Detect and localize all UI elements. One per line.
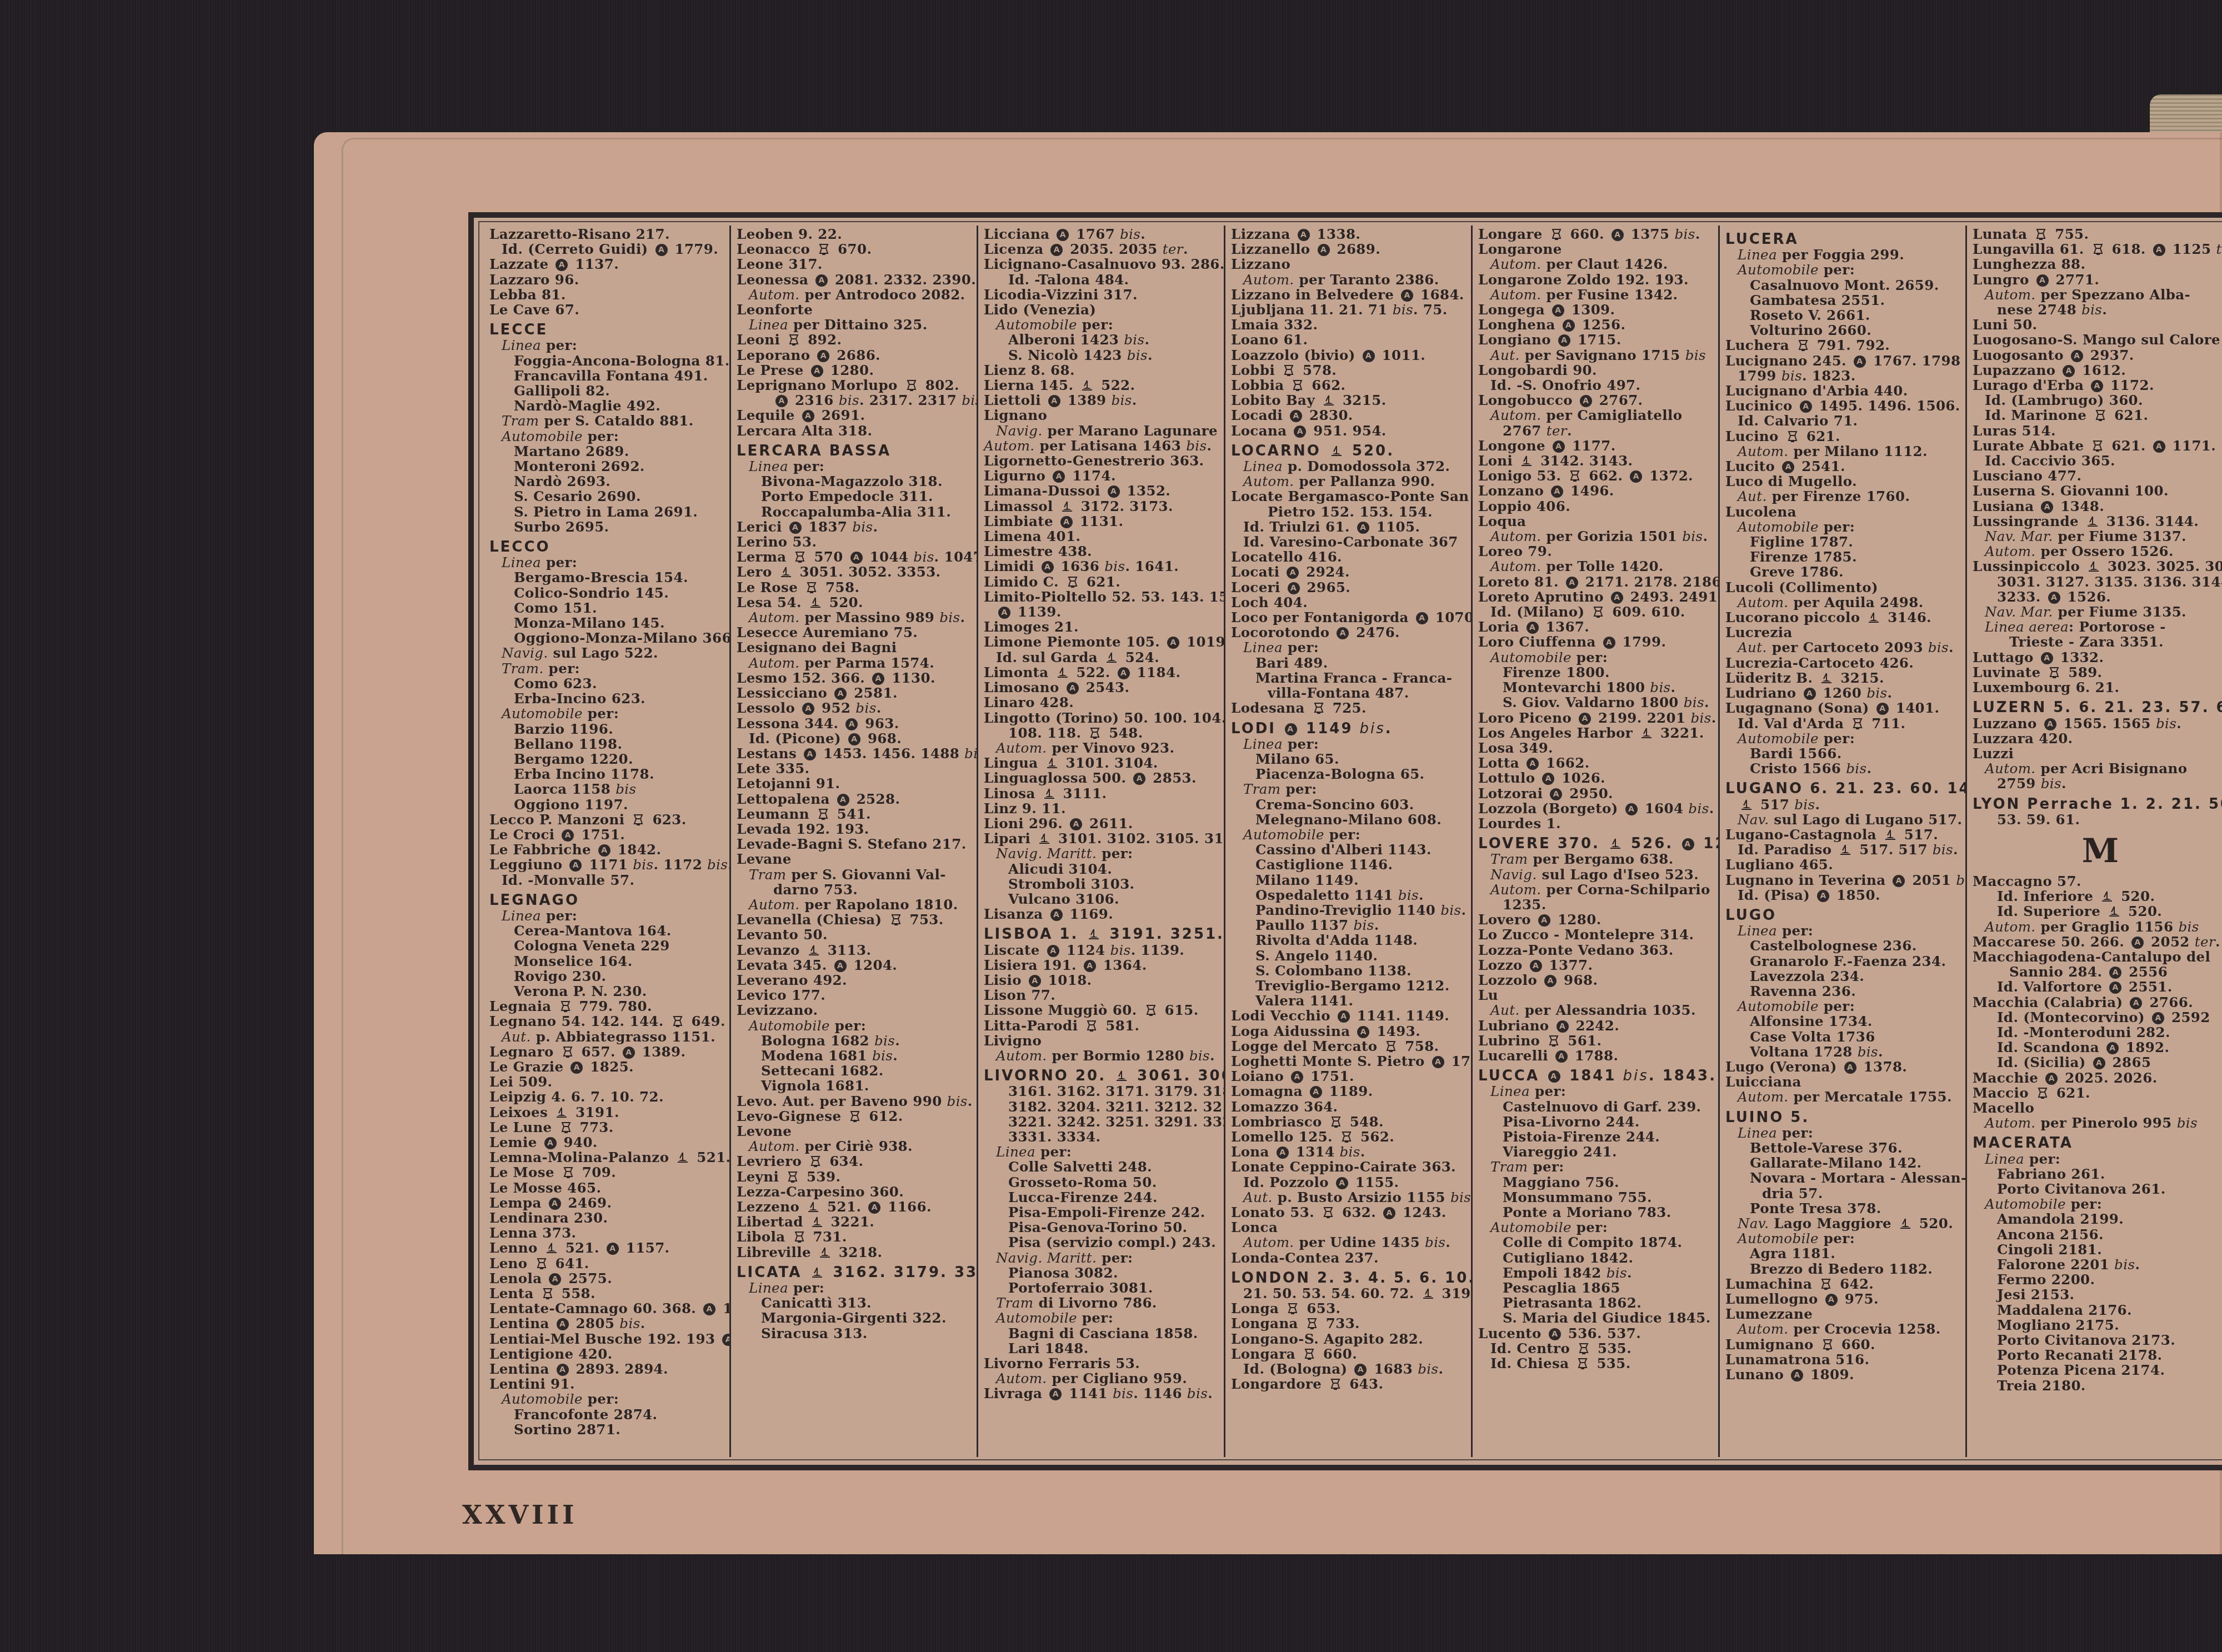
automobile-circle-a-icon — [1538, 914, 1550, 927]
index-entry: Letojanni 91. — [737, 776, 971, 791]
automobile-circle-a-icon — [655, 244, 668, 256]
tram-bell-icon — [1547, 1034, 1560, 1048]
navigation-anchor-icon — [1105, 651, 1118, 664]
suffix-bis: bis — [1794, 797, 1815, 813]
index-entry: 3331. 3334. — [984, 1129, 1218, 1144]
index-entry: Fabriano 261. — [1973, 1167, 2222, 1182]
index-entry: Loazzolo (bivio) 1011. — [1231, 348, 1465, 363]
suffix-bis: bis — [2114, 1256, 2135, 1273]
index-entry: Lotta 1662. — [1478, 755, 1713, 770]
service-type-label: Automobile — [1490, 649, 1572, 665]
index-entry: 108. 118. 548. — [984, 725, 1218, 740]
navigation-anchor-icon — [676, 1151, 689, 1164]
index-entry: Automobile per: — [1478, 1220, 1713, 1235]
service-type-label: Aut. — [502, 1029, 531, 1045]
index-entry: Leyni 539. — [737, 1169, 971, 1184]
index-entry: Limassol 3172. 3173. — [984, 499, 1218, 514]
suffix-bis: bis — [1113, 1385, 1133, 1401]
automobile-circle-a-icon — [848, 733, 860, 745]
automobile-circle-a-icon — [1336, 1177, 1348, 1189]
index-entry: Automobile per: — [489, 1391, 724, 1406]
automobile-circle-a-icon — [1804, 688, 1816, 700]
index-entry: Lonca — [1231, 1220, 1465, 1235]
index-entry: Licignano-Casalnuovo 93. 286. 291 — [984, 257, 1218, 272]
index-entry: Aut. per Savignano 1715 bis — [1478, 348, 1713, 363]
service-type-label: Automobile — [996, 317, 1077, 333]
service-type-label: Automobile — [502, 428, 583, 444]
index-entry: Lona 1314 bis. — [1231, 1144, 1465, 1159]
index-entry: Porto Civitanova 261. — [1973, 1182, 2222, 1197]
service-type-label: Autom. — [1738, 1321, 1789, 1337]
index-entry: Limana-Dussoi 1352. — [984, 483, 1218, 498]
service-type-label: Automobile — [1985, 1196, 2066, 1212]
automobile-circle-a-icon — [1549, 1328, 1561, 1340]
index-entry: Lendinara 230. — [489, 1210, 724, 1225]
index-entry: Sortino 2871. — [489, 1422, 724, 1437]
index-entry: Monselice 164. — [489, 954, 724, 969]
index-entry: Ancona 2156. — [1973, 1227, 2222, 1242]
suffix-bis: bis — [1110, 942, 1130, 958]
index-entry: Lodesana 725. — [1231, 700, 1465, 715]
tram-bell-icon — [1340, 1130, 1353, 1144]
index-entry: Loppio 406. — [1478, 499, 1713, 514]
tram-bell-icon — [1821, 1338, 1834, 1351]
index-entry: Levada 192. 193. — [737, 822, 971, 837]
navigation-anchor-icon — [1043, 787, 1056, 800]
index-entry: Tram. per: — [489, 661, 724, 676]
automobile-circle-a-icon — [834, 688, 847, 700]
index-entry: Linaro 428. — [984, 695, 1218, 710]
index-entry: Loch 404. — [1231, 595, 1465, 610]
index-entry: Id. -Monvalle 57. — [489, 873, 724, 888]
index-entry: Logge del Mercato 758. — [1231, 1039, 1465, 1054]
index-entry: Linea per: — [489, 908, 724, 923]
automobile-circle-a-icon — [1401, 289, 1413, 302]
index-entry: Limosano 2543. — [984, 680, 1218, 695]
service-type-label: Autom. — [1985, 760, 2036, 777]
index-entry: Lesecce Auremiano 75. — [737, 625, 971, 640]
index-entry: Lerma 570 1044 bis. 1047 bis — [737, 549, 971, 564]
index-entry: Lissone Muggiò 60. 615. — [984, 1003, 1218, 1018]
automobile-circle-a-icon — [1876, 703, 1889, 715]
index-entry: Longega 1309. — [1478, 302, 1713, 317]
index-entry: Bettole-Varese 376. — [1725, 1140, 1960, 1155]
service-type-label: Autom. — [749, 1138, 800, 1154]
tram-bell-icon — [786, 1170, 799, 1184]
service-type-label: Autom. — [1738, 443, 1789, 459]
index-entry: Id. -Monteroduni 282. — [1973, 1025, 2222, 1040]
index-entry: Libola 731. — [737, 1229, 971, 1244]
index-entry: Tram per: — [1231, 782, 1465, 797]
index-entry: Lisiera 191. 1364. — [984, 958, 1218, 973]
service-type-label: Tram — [749, 867, 787, 883]
tram-bell-icon — [817, 808, 830, 821]
navigation-anchor-icon — [1115, 1069, 1128, 1083]
index-entry: Linea per Dittaino 325. — [737, 317, 971, 332]
suffix-bis: bis — [1866, 685, 1887, 701]
index-entry: Lugliano 465. — [1725, 857, 1960, 872]
index-entry: Lonate Ceppino-Cairate 363. — [1231, 1159, 1465, 1174]
automobile-circle-a-icon — [2131, 937, 2144, 949]
navigation-anchor-icon — [1056, 666, 1069, 679]
automobile-circle-a-icon — [1310, 1086, 1322, 1098]
automobile-circle-a-icon — [1630, 470, 1642, 483]
index-entry: Id. -S. Onofrio 497. — [1478, 378, 1713, 393]
service-type-label: Autom. — [1490, 882, 1542, 898]
index-entry: Novara - Mortara - Alessan- — [1725, 1170, 1960, 1185]
index-entry: Linea per: — [489, 338, 724, 353]
service-type-label: Nav. — [1738, 1215, 1769, 1232]
index-entry: Le Prese 1280. — [737, 363, 971, 378]
index-entry: Piacenza-Bologna 65. — [1231, 767, 1465, 782]
automobile-circle-a-icon — [1782, 461, 1794, 473]
navigation-anchor-icon — [1060, 500, 1074, 513]
automobile-circle-a-icon — [2036, 274, 2049, 287]
index-entry: 3161. 3162. 3171. 3179. 3181. — [984, 1084, 1218, 1099]
index-entry: Bologna 1682 bis. — [737, 1033, 971, 1048]
index-entry: Monteroni 2692. — [489, 459, 724, 474]
index-entry: Lizzana 1338. — [1231, 227, 1465, 242]
index-entry: Lonzano 1496. — [1478, 483, 1713, 498]
index-entry: Ludriano 1260 bis. — [1725, 685, 1960, 700]
tram-bell-icon — [1550, 228, 1563, 241]
service-type-label: Tram — [1490, 1159, 1528, 1175]
service-type-label: Tram — [502, 413, 539, 429]
index-entry: Lemie 940. — [489, 1135, 724, 1150]
index-entry: Potenza Picena 2174. — [1973, 1363, 2222, 1378]
service-type-label: Automobile — [502, 1391, 583, 1407]
automobile-circle-a-icon — [1552, 304, 1564, 317]
tram-bell-icon — [2036, 1087, 2049, 1100]
index-entry: Autom. per Corna-Schilpario — [1478, 882, 1713, 897]
index-entry: Loria 1367. — [1478, 619, 1713, 634]
index-entry: Lozzo 1377. — [1478, 958, 1713, 973]
index-entry: S. Nicolò 1423 bis. — [984, 348, 1218, 363]
automobile-circle-a-icon — [1682, 838, 1694, 850]
service-type-label: Nav. Mar. — [1985, 604, 2053, 620]
index-entry: Longano-S. Agapito 282. — [1231, 1331, 1465, 1346]
index-entry: Francofonte 2874. — [489, 1407, 724, 1422]
index-entry: Loreto Aprutino 2493. 2491. — [1478, 589, 1713, 604]
index-entry: Id. Calvario 71. — [1725, 413, 1960, 428]
index-entry: Lottulo 1026. — [1478, 770, 1713, 785]
index-entry: Luvinate 589. — [1973, 665, 2222, 680]
tram-bell-icon — [809, 1155, 822, 1168]
service-type-label: Linea — [749, 1280, 788, 1296]
index-entry: Automobile per: — [984, 1310, 1218, 1325]
automobile-circle-a-icon — [1047, 945, 1059, 957]
index-entry: Lugo (Verona) 1378. — [1725, 1059, 1960, 1074]
index-entry: Id. Centro 535. — [1478, 1341, 1713, 1356]
automobile-circle-a-icon — [1048, 395, 1060, 407]
index-entry: Ligornetto-Genestrerio 363. — [984, 453, 1218, 468]
index-entry: Longarone — [1478, 242, 1713, 257]
index-entry: Luco di Mugello. — [1725, 474, 1960, 489]
index-entry: Gallarate-Milano 142. — [1725, 1155, 1960, 1170]
index-entry: Grosseto-Roma 50. — [984, 1175, 1218, 1190]
index-column-2: Leoben 9. 22.Leonacco 670.Leone 317.Leon… — [731, 226, 978, 1457]
index-entry: Loco per Fontanigorda 1070. — [1231, 610, 1465, 625]
automobile-circle-a-icon — [2091, 380, 2103, 392]
index-entry: Margonia-Girgenti 322. — [737, 1310, 971, 1325]
index-entry: Jesi 2153. — [1973, 1287, 2222, 1302]
navigation-anchor-icon — [818, 1246, 832, 1259]
tram-bell-icon — [1282, 364, 1295, 377]
index-entry: Siracusa 313. — [737, 1326, 971, 1341]
index-entry: Leggiuno 1171 bis. 1172 bis. — [489, 857, 724, 872]
index-entry: 3031. 3127. 3135. 3136. 3144. — [1973, 574, 2222, 589]
automobile-circle-a-icon — [1287, 567, 1299, 579]
index-entry: Lestans 1453. 1456. 1488 bis. — [737, 746, 971, 761]
index-entry: Id. Chiesa 535. — [1478, 1356, 1713, 1371]
suffix-bis: bis — [2177, 1115, 2198, 1131]
tram-bell-icon — [2034, 228, 2048, 241]
index-entry: Lesignano dei Bagni — [737, 640, 971, 655]
index-entry: Firenze 1785. — [1725, 549, 1960, 564]
index-entry: Lisanza 1169. — [984, 907, 1218, 922]
index-entry: S. Giov. Valdarno 1800 bis. — [1478, 695, 1713, 710]
index-entry: Colle Salvetti 248. — [984, 1159, 1218, 1174]
suffix-bis: bis — [615, 781, 636, 797]
index-entry: Luogosano-S. Mango sul Calore 296. — [1973, 332, 2222, 347]
index-entry: Tram per: — [1478, 1159, 1713, 1174]
index-entry: Porto Civitanova 2173. — [1973, 1333, 2222, 1348]
index-entry: Alicudi 3104. — [984, 862, 1218, 877]
tram-bell-icon — [2091, 439, 2104, 453]
tram-bell-icon — [1286, 1302, 1299, 1315]
index-entry: Lupazzano 1612. — [1973, 363, 2222, 378]
automobile-circle-a-icon — [1357, 522, 1369, 534]
index-entry: Casalnuovo Mont. 2659. — [1725, 278, 1960, 293]
index-entry: Erba Incino 1178. — [489, 767, 724, 782]
tram-bell-icon — [1592, 605, 1605, 619]
navigation-anchor-icon — [807, 1200, 820, 1214]
index-entry: Livigno — [984, 1033, 1218, 1048]
service-type-label: Autom. — [1243, 272, 1294, 288]
tram-bell-icon — [559, 1000, 572, 1013]
tram-bell-icon — [793, 1230, 806, 1244]
index-entry: Autom. per Spezzano Alba- — [1973, 287, 2222, 302]
index-entry: Vignola 1681. — [737, 1078, 971, 1093]
index-entry: Le Lune 773. — [489, 1120, 724, 1135]
index-entry: Lunamatrona 516. — [1725, 1352, 1960, 1367]
index-entry: Automobile per: — [1725, 999, 1960, 1014]
index-entry: Loghetti Monte S. Pietro 1702 — [1231, 1054, 1465, 1069]
index-entry: Lobbia 662. — [1231, 378, 1465, 393]
index-entry: Falorone 2201 bis. — [1973, 1257, 2222, 1272]
suffix-bis: bis — [1112, 392, 1132, 408]
index-entry: Autom. per Antrodoco 2082. — [737, 287, 971, 302]
index-entry: Autom. per Acri Bisignano — [1973, 761, 2222, 776]
index-entry: Lonato 53. 632. 1243. — [1231, 1205, 1465, 1220]
tram-bell-icon — [1144, 1004, 1158, 1017]
service-type-label: Automobile — [1738, 519, 1819, 535]
index-entry: Id. Paradiso 517. 517 bis. — [1725, 842, 1960, 857]
index-entry: Lurago d'Erba 1172. — [1973, 378, 2222, 393]
index-entry: 21. 50. 53. 54. 60. 72. 3191. — [1231, 1286, 1465, 1301]
tram-bell-icon — [1576, 1357, 1589, 1370]
service-type-label: Autom. — [1243, 473, 1294, 489]
automobile-circle-a-icon — [1580, 395, 1592, 407]
tram-bell-icon — [1066, 575, 1079, 589]
index-entry: Lioni 296. 2611. — [984, 816, 1218, 831]
service-type-label: Linea — [1243, 458, 1283, 474]
suffix-bis: bis — [839, 392, 859, 408]
service-type-label: Tram — [996, 1295, 1034, 1311]
automobile-circle-a-icon — [1825, 1294, 1838, 1306]
automobile-circle-a-icon — [1067, 682, 1079, 694]
automobile-circle-a-icon — [1363, 350, 1375, 362]
index-entry: Lisio 1018. — [984, 973, 1218, 988]
index-entry: Linea per: — [1725, 1125, 1960, 1140]
index-entry: Le Rose 758. — [737, 580, 971, 595]
index-entry: Lete 335. — [737, 761, 971, 776]
index-entry: Automobile per: — [1725, 262, 1960, 277]
index-entry: Lentigione 420. — [489, 1346, 724, 1361]
service-type-label: Aut. — [1490, 347, 1520, 363]
navigation-anchor-icon — [1520, 454, 1533, 468]
index-entry: 53. 59. 61. — [1973, 812, 2222, 827]
index-entry: Id. (Cerreto Guidi) 1779. — [489, 242, 724, 257]
index-entry: Lebba 81. — [489, 287, 724, 302]
index-entry: Luogosanto 2937. — [1973, 348, 2222, 363]
automobile-circle-a-icon — [1550, 788, 1562, 800]
tram-bell-icon — [561, 1045, 574, 1059]
suffix-bis: bis — [1186, 438, 1207, 454]
automobile-circle-a-icon — [2045, 1073, 2058, 1085]
index-entry: Lempa 2469. — [489, 1195, 724, 1210]
index-entry: Locadi 2830. — [1231, 408, 1465, 423]
service-type-label: Navig. — [996, 423, 1043, 439]
index-entry: Locorotondo 2476. — [1231, 625, 1465, 640]
index-entry: Lobbi 578. — [1231, 363, 1465, 378]
suffix-bis: bis — [855, 700, 876, 716]
suffix-bis: bis — [1682, 528, 1703, 544]
index-entry: Settecani 1682. — [737, 1063, 971, 1078]
index-entry: Sannio 284. 2556 — [1973, 964, 2222, 979]
index-entry: Pietro 152. 153. 154. — [1231, 504, 1465, 519]
index-entry: Lingua 3101. 3104. — [984, 755, 1218, 770]
service-type-label: Aut. — [1738, 639, 1767, 655]
index-entry: Linz 9. 11. — [984, 801, 1218, 816]
index-entry: Como 151. — [489, 600, 724, 615]
suffix-bis: bis — [872, 1048, 893, 1064]
automobile-circle-a-icon — [549, 1198, 561, 1210]
navigation-anchor-icon — [779, 565, 793, 579]
index-entry: Lessicciano 2581. — [737, 685, 971, 700]
automobile-circle-a-icon — [562, 829, 574, 842]
index-entry: Limone Piemonte 105. 1019. — [984, 634, 1218, 649]
index-entry: Linea per Foggia 299. — [1725, 247, 1960, 262]
automobile-circle-a-icon — [1318, 244, 1330, 256]
index-table-frame: Lazzaretto-Risano 217.Id. (Cerreto Guidi… — [468, 212, 2222, 1470]
index-entry: Cingoli 2181. — [1973, 1242, 2222, 1257]
index-entry: Lessona 344. 963. — [737, 716, 971, 731]
automobile-circle-a-icon — [872, 673, 884, 685]
index-entry: Id. Inferiore 520. — [1973, 889, 2222, 904]
index-entry: Stromboli 3103. — [984, 877, 1218, 892]
service-type-label: Linea — [1243, 639, 1283, 655]
index-column-5: Longare 660. 1375 bis.LongaroneAutom. pe… — [1473, 226, 1720, 1457]
index-entry: Id. (Sicilia) 2865 — [1973, 1055, 2222, 1070]
index-column-7: Lunata 755.Lungavilla 61. 618. 1125 ter.… — [1967, 226, 2222, 1457]
station-heading: LYON Perrache 1. 2. 21. 50. — [1973, 797, 2222, 812]
index-entry: Autom. per Aquila 2498. — [1725, 595, 1960, 610]
index-entry: Lussinpiccolo 3023. 3025. 3028 — [1973, 559, 2222, 574]
tram-bell-icon — [562, 1166, 575, 1179]
index-entry: Alfonsine 1734. — [1725, 1014, 1960, 1029]
index-entry: Portoferraio 3081. — [984, 1280, 1218, 1295]
index-column-4: Lizzana 1338.Lizzanello 2689.LizzanoAuto… — [1225, 226, 1473, 1457]
section-letter: M — [1973, 832, 2222, 870]
index-entry: Lovero 1280. — [1478, 912, 1713, 927]
automobile-circle-a-icon — [1791, 1369, 1803, 1381]
automobile-circle-a-icon — [2048, 592, 2060, 604]
service-type-label: Automobile — [1738, 1230, 1819, 1246]
service-type-label: Autom. — [1490, 287, 1542, 303]
suffix-bis: bis — [852, 519, 873, 535]
index-entry: Agra 1181. — [1725, 1246, 1960, 1261]
automobile-circle-a-icon — [1854, 356, 1866, 368]
service-type-label: Autom. — [1490, 528, 1542, 544]
station-heading: LISBOA 1. 3191. 3251. 3281. — [984, 927, 1218, 942]
index-entry: Lido (Venezia) — [984, 302, 1218, 317]
index-entry: Lusiana 1348. — [1973, 499, 2222, 514]
index-entry: Lison 77. — [984, 988, 1218, 1003]
index-entry: Loano 61. — [1231, 332, 1465, 347]
index-entry: Linea per: — [489, 555, 724, 570]
index-entry: Loro Ciuffenna 1799. — [1478, 634, 1713, 649]
automobile-circle-a-icon — [802, 410, 814, 422]
suffix-bis: bis — [1124, 332, 1144, 348]
suffix-bis: bis — [1846, 760, 1866, 777]
index-entry: Levo. Aut. per Baveno 990 bis. — [737, 1094, 971, 1109]
automobile-circle-a-icon — [2153, 244, 2165, 256]
index-entry: Nav. sul Lago di Lugano 517. — [1725, 812, 1960, 827]
service-type-label: Automobile — [749, 1018, 830, 1034]
index-entry: Fermo 2200. — [1973, 1272, 2222, 1287]
index-entry: Milano 65. — [1231, 752, 1465, 767]
index-entry: Loreo 79. — [1478, 544, 1713, 559]
index-entry: Colico-Sondrio 145. — [489, 585, 724, 600]
index-entry: Linea per: — [1725, 923, 1960, 938]
index-entry: 1139. — [984, 604, 1218, 619]
suffix-bis: bis — [874, 1033, 895, 1049]
navigation-anchor-icon — [1839, 843, 1852, 857]
service-type-label: Autom. — [1985, 287, 2036, 303]
suffix-bis: bis — [2156, 715, 2176, 732]
index-entry: Lusciano 477. — [1973, 468, 2222, 483]
service-type-label: Nav. — [1738, 812, 1769, 828]
index-entry: Locati 2924. — [1231, 564, 1465, 579]
station-heading: LUCERA — [1725, 232, 1960, 247]
index-entry: Lo Zucco - Montelepre 314. — [1478, 927, 1713, 942]
index-entry: Lobito Bay 3215. — [1231, 393, 1465, 408]
index-entry: Autom. per Taranto 2386. — [1231, 272, 1465, 287]
tram-bell-icon — [1088, 727, 1102, 740]
index-entry: Lenola 2575. — [489, 1271, 724, 1286]
tram-bell-icon — [535, 1257, 548, 1270]
suffix-bis: bis — [1685, 347, 1706, 363]
index-entry: Lazzate 1137. — [489, 257, 724, 272]
index-entry: Erba-Incino 623. — [489, 691, 724, 706]
service-type-label: Autom. — [1490, 256, 1542, 272]
tram-bell-icon — [1568, 469, 1582, 483]
index-entry: Londa-Contea 237. — [1231, 1250, 1465, 1265]
index-entry: Lucolena — [1725, 504, 1960, 519]
automobile-circle-a-icon — [1288, 582, 1300, 594]
navigation-anchor-icon — [1087, 928, 1100, 941]
